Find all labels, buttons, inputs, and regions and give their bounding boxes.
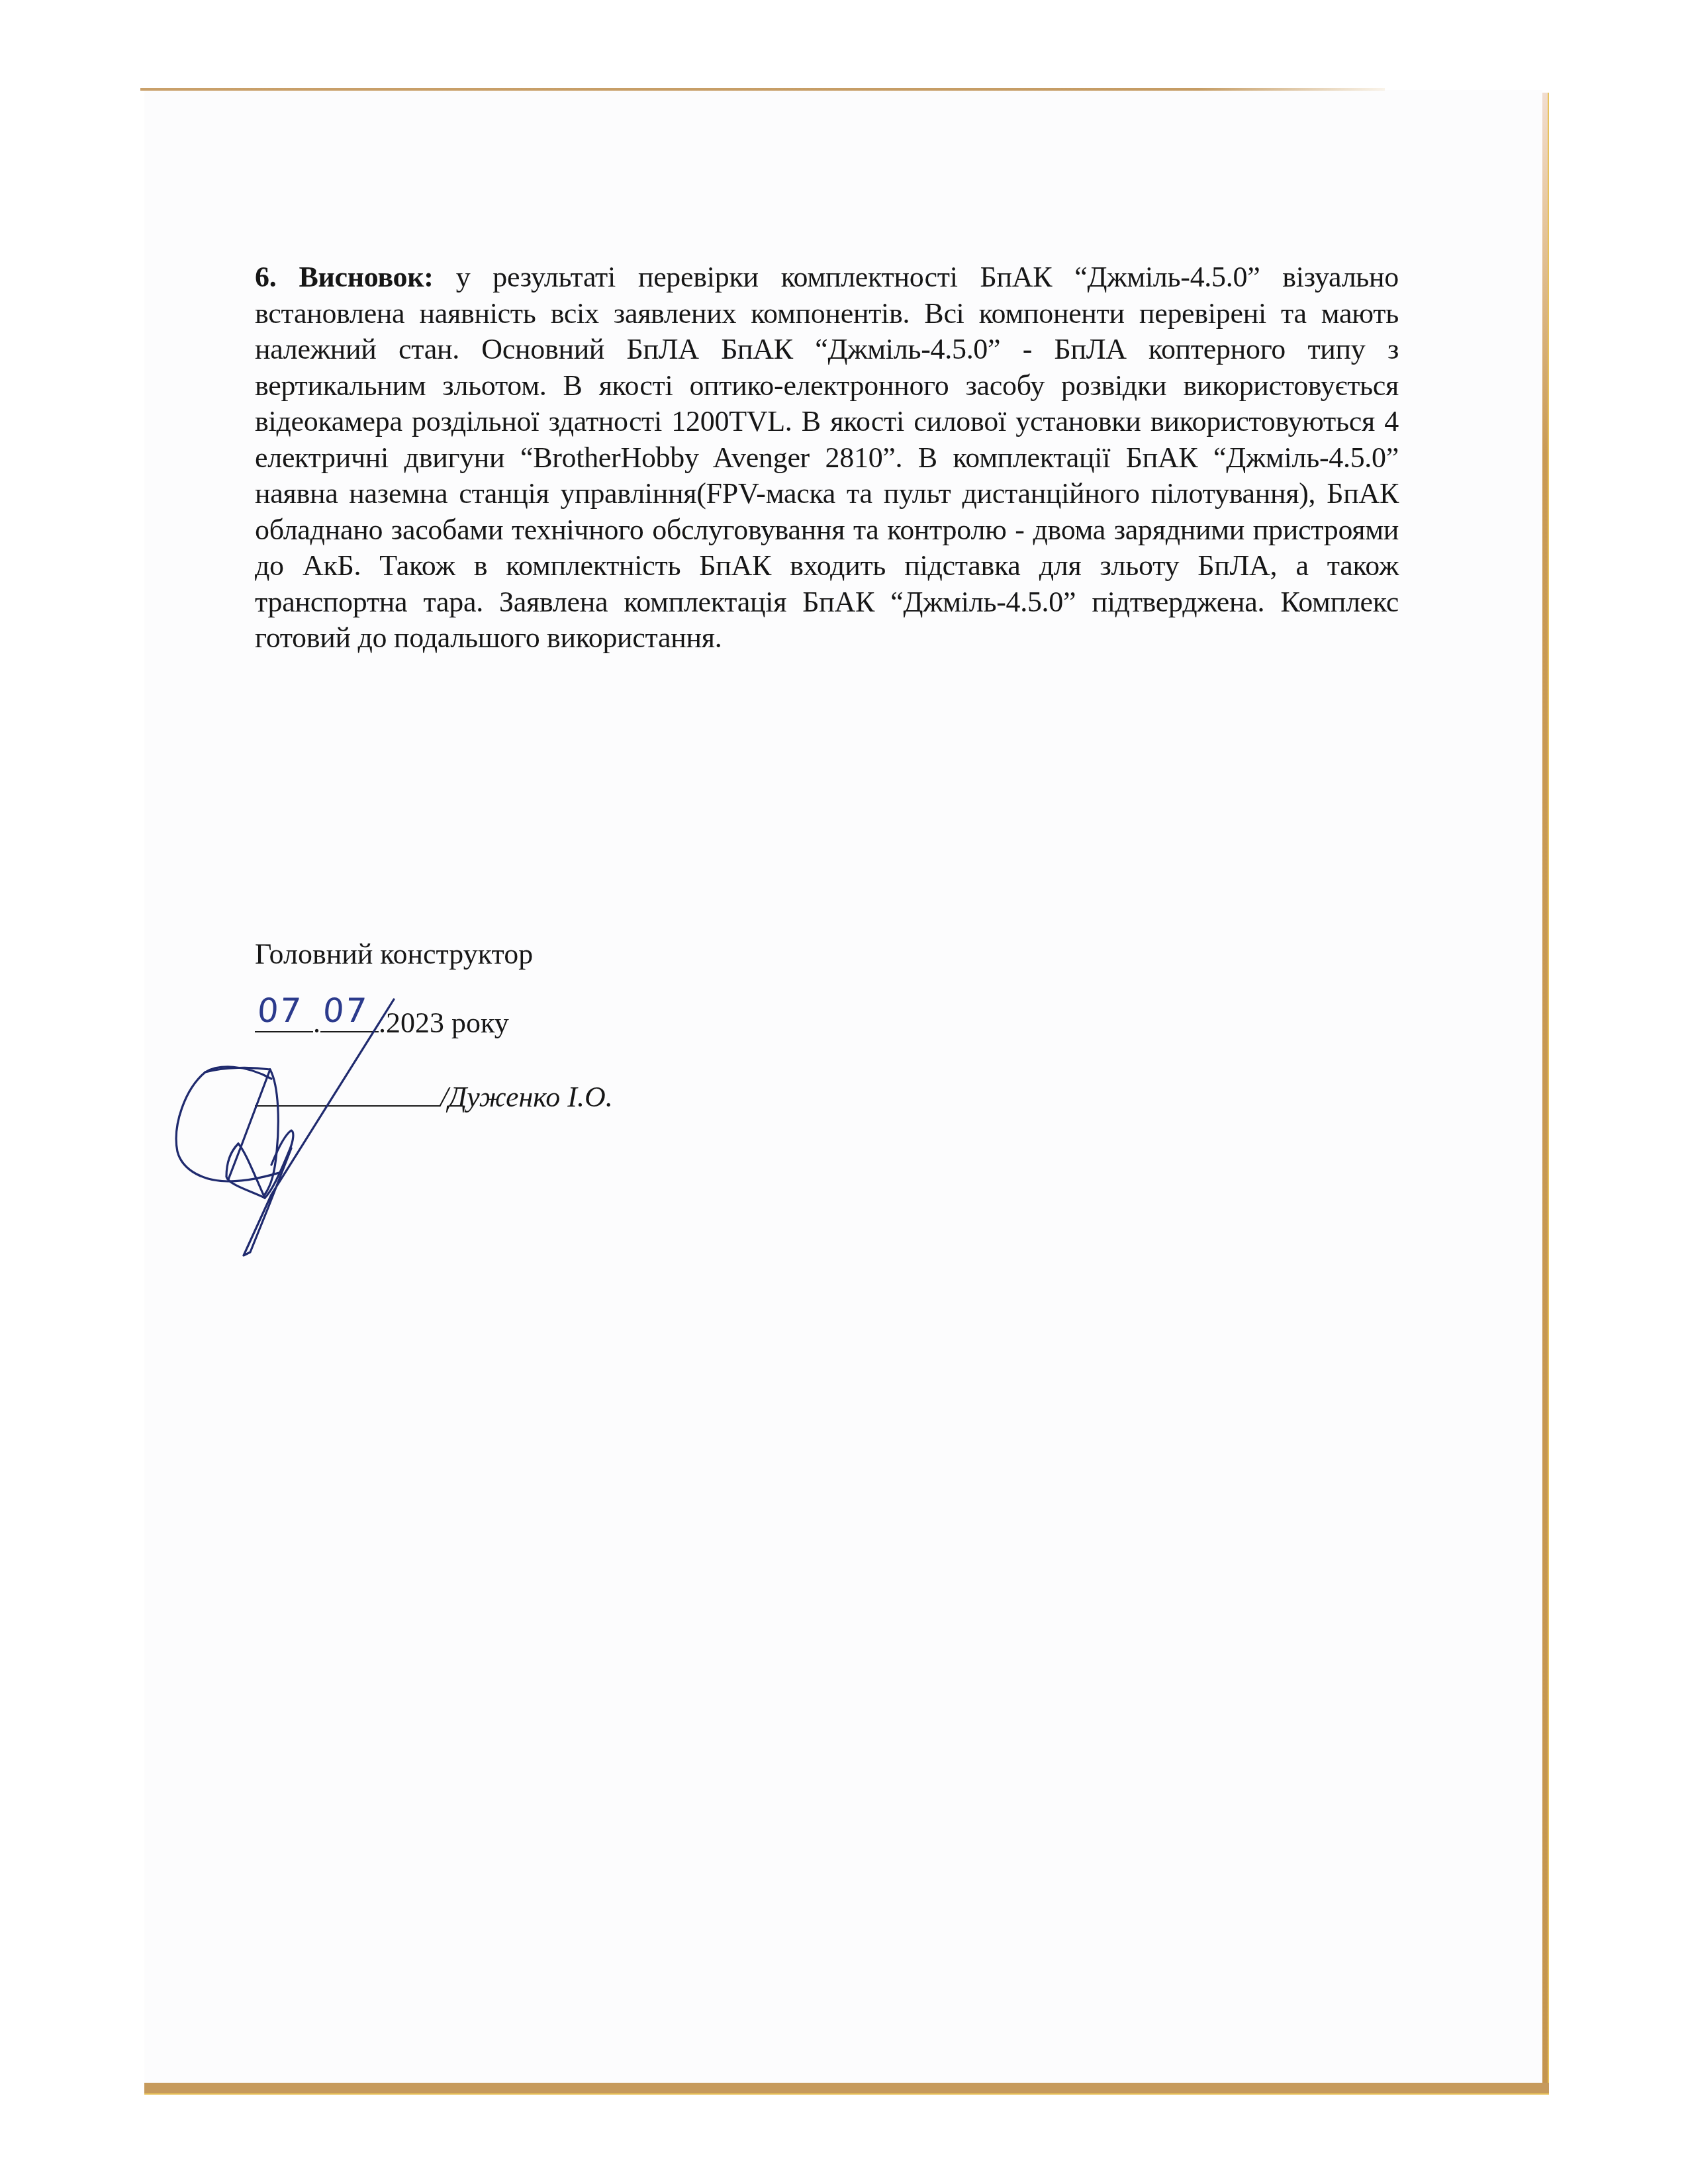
paper-edge-bottom — [144, 2083, 1549, 2095]
handwritten-signature-icon — [165, 913, 695, 1277]
section-heading: 6. Висновок: — [255, 261, 434, 293]
paper-edge-top — [140, 88, 1385, 91]
paper-edge-right — [1542, 93, 1549, 2093]
section-label: Висновок: — [299, 261, 433, 293]
conclusion-text: у результаті перевірки комплектності БпА… — [255, 261, 1399, 654]
conclusion-paragraph: 6. Висновок: у результаті перевірки комп… — [255, 259, 1399, 657]
section-number: 6. — [255, 261, 276, 293]
